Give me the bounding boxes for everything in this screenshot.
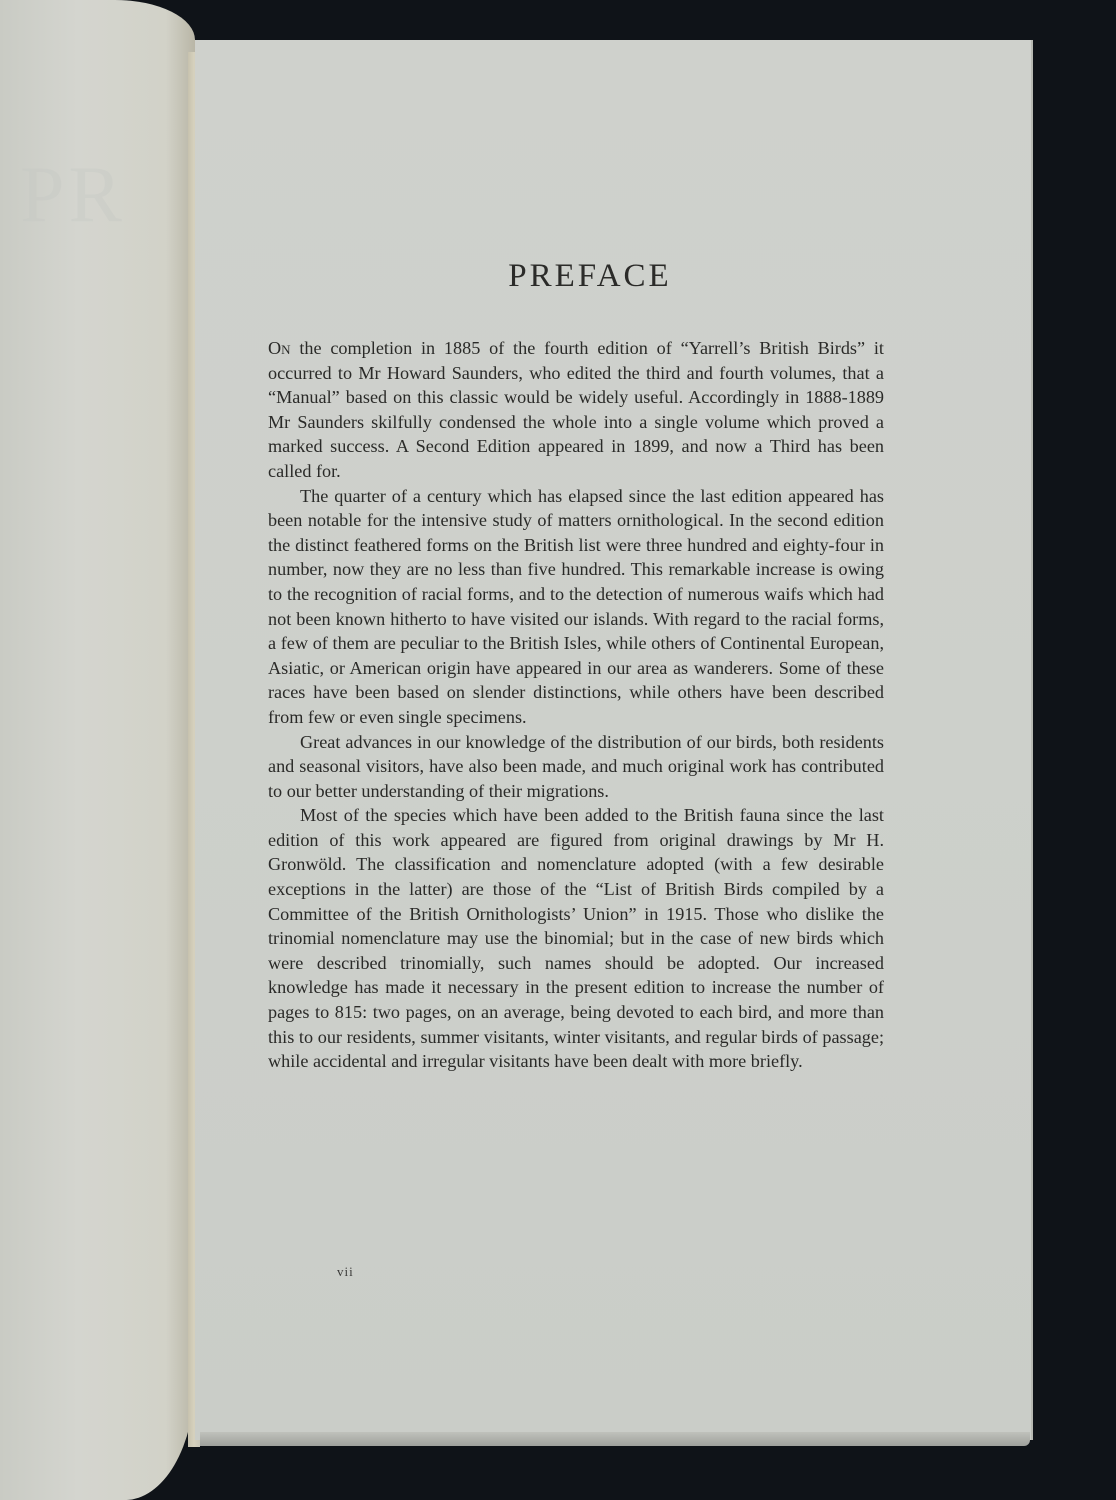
paragraph-4: Most of the species which have been adde…	[268, 803, 884, 1074]
page-number: vii	[337, 1264, 354, 1280]
left-page-bleed-through: PR	[20, 150, 126, 241]
book-photo: PR PREFACE On the completion in 1885 of …	[0, 0, 1116, 1500]
preface-text-block: PREFACE On the completion in 1885 of the…	[268, 256, 884, 1074]
paragraph-2: The quarter of a century which has elaps…	[268, 484, 884, 730]
page-title: PREFACE	[296, 256, 884, 296]
page-bottom-edge	[200, 1432, 1030, 1446]
paragraph-3: Great advances in our knowledge of the d…	[268, 730, 884, 804]
paragraph-1-text: the completion in 1885 of the fourth edi…	[268, 338, 884, 481]
left-page: PR	[0, 0, 195, 1500]
paragraph-1: On the completion in 1885 of the fourth …	[268, 336, 884, 484]
paragraph-lead-word: On	[268, 338, 291, 358]
